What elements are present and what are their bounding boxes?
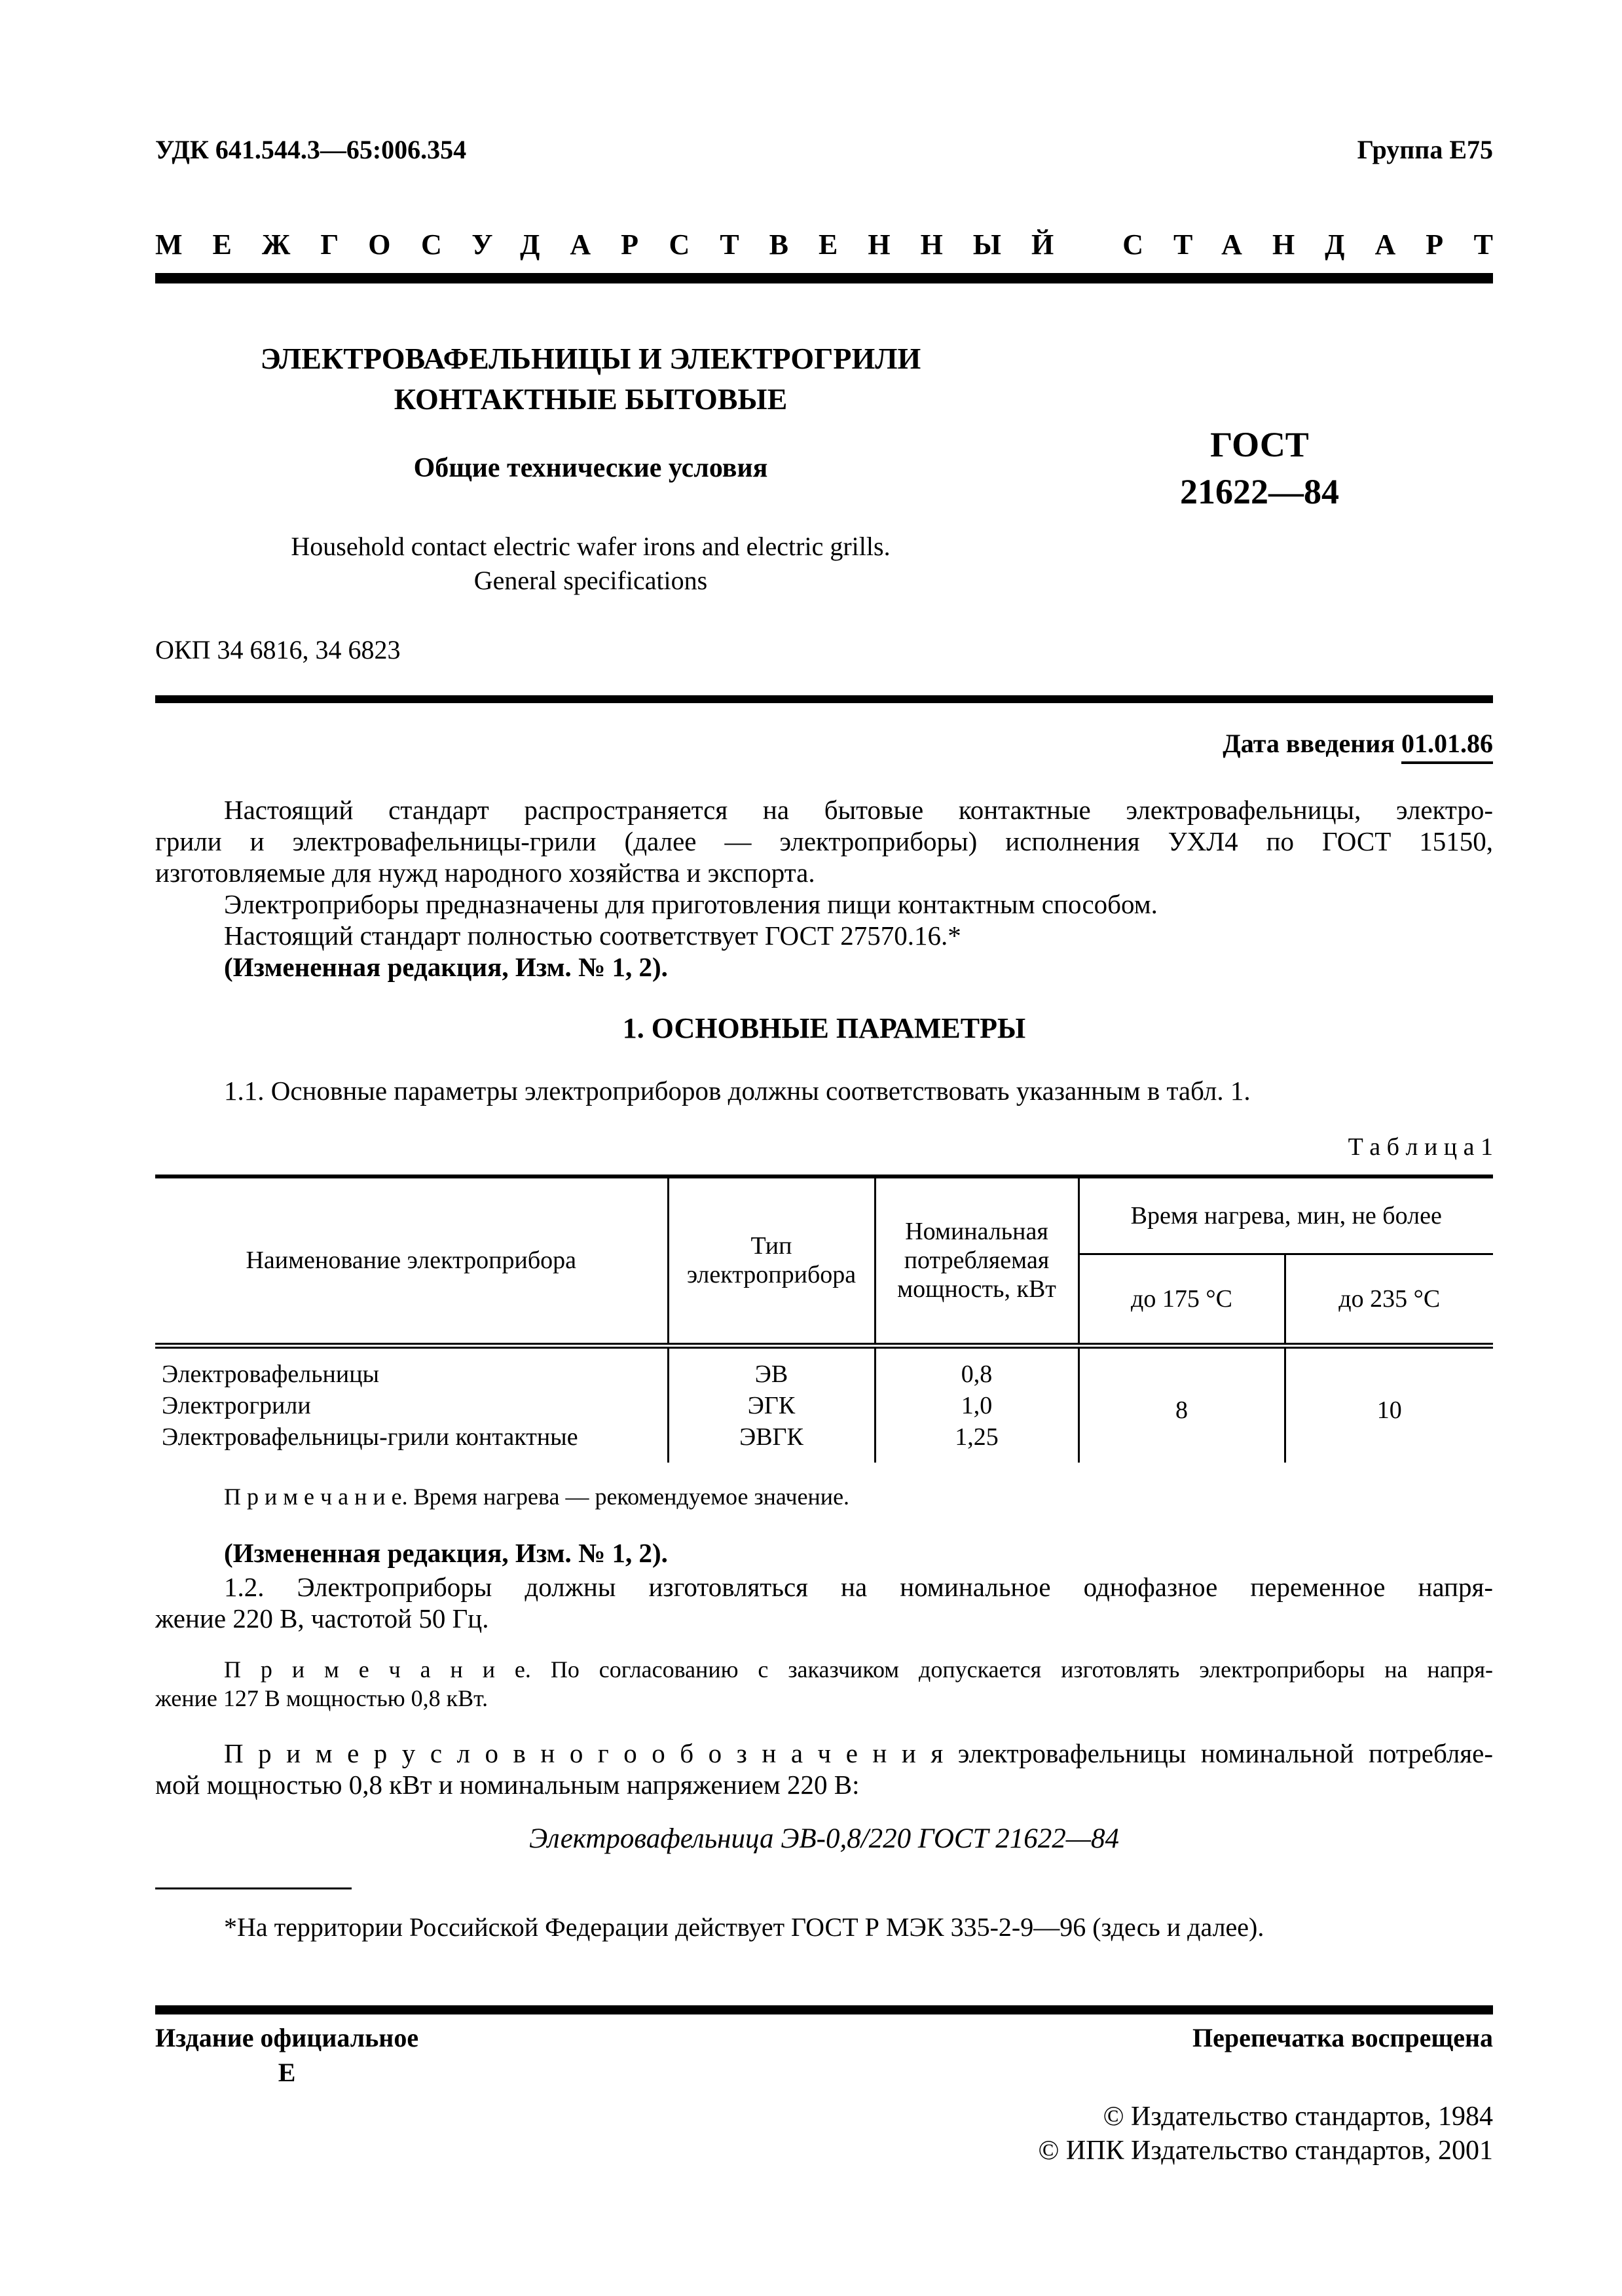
section-1-heading: 1. ОСНОВНЫЕ ПАРАМЕТРЫ [155,1011,1493,1045]
text-line: изготовляемые для нужд народного хозяйст… [155,857,1493,888]
table-1-header: Наименование электроприбора Тип электроп… [155,1176,1493,1345]
reprint-prohibited-label: Перепечатка воспрещена [1192,2022,1493,2088]
divider-bar-top [155,273,1493,283]
cell-type: ЭГК [668,1390,875,1421]
date-label: Дата введения [1223,729,1401,758]
intro-paragraph-2: Электроприборы предназначены для пригото… [155,888,1493,920]
cell-name: Электровафельницы [155,1345,668,1390]
date-value: 01.01.86 [1401,729,1493,764]
cell-name: Электрогрили [155,1390,668,1421]
table-row: Электровафельницы ЭВ 0,8 8 10 [155,1345,1493,1390]
divider-bar-bottom [155,2005,1493,2014]
title-english-line-1: Household contact electric wafer irons a… [155,530,1026,564]
gost-designation: ГОСТ 21622—84 [1026,421,1493,515]
col-header-175: до 175 °С [1078,1254,1285,1345]
intro-paragraph-amended: (Измененная редакция, Изм. № 1, 2). [155,951,1493,983]
text-line: мой мощностью 0,8 кВт и номинальным напр… [155,1769,1493,1800]
document-subtitle: Общие технические условия [155,452,1026,484]
copyright-block: © Издательство стандартов, 1984 © ИПК Из… [155,2100,1493,2168]
copyright-1984: © Издательство стандартов, 1984 [155,2100,1493,2134]
title-english-line-2: General specifications [155,564,1026,598]
gost-number: 21622—84 [1026,468,1493,515]
voltage-note: П р и м е ч а н и е. По согласованию с з… [155,1655,1493,1713]
official-edition-label: Издание официальное [155,2022,418,2053]
document-title: ЭЛЕКТРОВАФЕЛЬНИЦЫ И ЭЛЕКТРОГРИЛИ КОНТАКТ… [155,338,1026,420]
title-english: Household contact electric wafer irons a… [155,530,1026,598]
title-line-2: КОНТАКТНЫЕ БЫТОВЫЕ [155,379,1026,420]
title-section: ЭЛЕКТРОВАФЕЛЬНИЦЫ И ЭЛЕКТРОГРИЛИ КОНТАКТ… [155,338,1493,598]
text-line: грили и электровафельницы-грили (далее —… [155,826,1493,857]
table-note: П р и м е ч а н и е. Время нагрева — рек… [155,1482,1493,1511]
cell-type: ЭВГК [668,1421,875,1463]
divider-bar-middle [155,695,1493,703]
text-line: 1.2. Электроприборы должны изготовляться… [155,1571,1493,1603]
table-1: Наименование электроприбора Тип электроп… [155,1175,1493,1463]
clause-1-2: 1.2. Электроприборы должны изготовляться… [155,1571,1493,1634]
footnote-text: *На территории Российской Федерации дейс… [155,1912,1493,1942]
title-left-column: ЭЛЕКТРОВАФЕЛЬНИЦЫ И ЭЛЕКТРОГРИЛИ КОНТАКТ… [155,338,1026,598]
cell-time-235: 10 [1285,1345,1493,1463]
edition-letter: Е [155,2057,418,2088]
cell-time-175: 8 [1078,1345,1285,1463]
introduction-date: Дата введения 01.01.86 [155,728,1493,759]
group-code: Группа Е75 [1357,134,1493,165]
designation-example-text: Электровафельница ЭВ-0,8/220 ГОСТ 21622—… [155,1823,1493,1855]
intro-paragraph-3: Настоящий стандарт полностью соответству… [155,920,1493,951]
title-line-1: ЭЛЕКТРОВАФЕЛЬНИЦЫ И ЭЛЕКТРОГРИЛИ [155,338,1026,379]
intro-paragraph-1: Настоящий стандарт распространяется на б… [155,794,1493,888]
footnote-divider [155,1887,352,1889]
banner-word-2: СТАНДАРТ [1122,228,1523,261]
designation-example-paragraph: П р и м е р у с л о в н о г о о б о з н … [155,1738,1493,1800]
cell-power: 0,8 [875,1345,1078,1390]
gost-label: ГОСТ [1026,421,1493,468]
document-page: УДК 641.544.3—65:006.354 Группа Е75 МЕЖГ… [0,0,1622,2296]
amended-note-2: (Измененная редакция, Изм. № 1, 2). [155,1537,1493,1569]
cell-power: 1,25 [875,1421,1078,1463]
cell-power: 1,0 [875,1390,1078,1421]
standard-banner: МЕЖГОСУДАРСТВЕННЫЙ СТАНДАРТ [155,228,1493,261]
table-1-label: Т а б л и ц а 1 [155,1133,1493,1161]
col-header-type: Тип электроприбора [668,1176,875,1345]
text-line: жение 127 В мощностью 0,8 кВт. [155,1684,1493,1713]
udk-code: УДК 641.544.3—65:006.354 [155,134,466,165]
table-1-body: Электровафельницы ЭВ 0,8 8 10 Электрогри… [155,1345,1493,1463]
text-line: жение 220 В, частотой 50 Гц. [155,1603,1493,1634]
banner-word-1: МЕЖГОСУДАРСТВЕННЫЙ [155,228,1084,261]
official-edition-block: Издание официальное Е [155,2022,418,2088]
okp-codes: ОКП 34 6816, 34 6823 [155,634,1493,665]
text-line: Настоящий стандарт распространяется на б… [155,794,1493,826]
cell-name: Электровафельницы-грили контактные [155,1421,668,1463]
copyright-2001: © ИПК Издательство стандартов, 2001 [155,2134,1493,2168]
footer-row: Издание официальное Е Перепечатка воспре… [155,2022,1493,2088]
col-header-name: Наименование электроприбора [155,1176,668,1345]
document-content: УДК 641.544.3—65:006.354 Группа Е75 МЕЖГ… [155,134,1493,2168]
col-header-heating-time: Время нагрева, мин, не более [1078,1176,1493,1254]
clause-1-1: 1.1. Основные параметры электроприборов … [155,1075,1493,1106]
col-header-235: до 235 °С [1285,1254,1493,1345]
cell-type: ЭВ [668,1345,875,1390]
text-line: П р и м е р у с л о в н о г о о б о з н … [155,1738,1493,1769]
text-line: П р и м е ч а н и е. По согласованию с з… [155,1655,1493,1684]
col-header-power: Номинальная потребляемая мощность, кВт [875,1176,1078,1345]
meta-row: УДК 641.544.3—65:006.354 Группа Е75 [155,134,1493,165]
